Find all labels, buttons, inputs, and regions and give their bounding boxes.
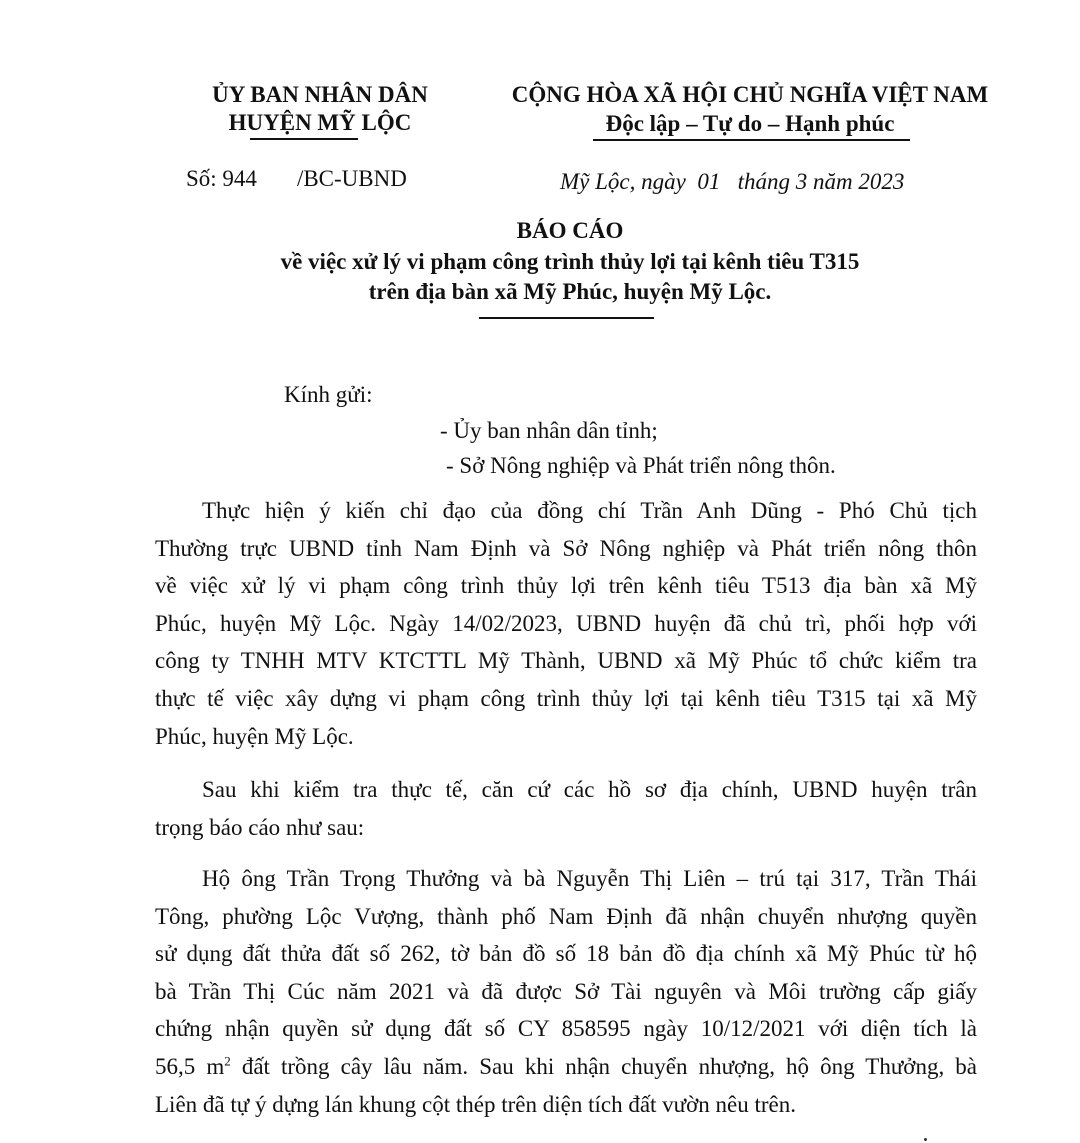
- body-paragraph-2: Sau khi kiểm tra thực tế, căn cứ các hồ …: [155, 771, 977, 846]
- text-line: 56,5 m2 đất trồng cây lâu năm. Sau khi n…: [155, 1048, 977, 1086]
- text-line: công ty TNHH MTV KTCTTL Mỹ Thành, UBND x…: [155, 642, 977, 680]
- recipient-item: - Sở Nông nghiệp và Phát triển nông thôn…: [446, 453, 836, 479]
- place-date: Mỹ Lộc, ngày 01 tháng 3 năm 2023: [560, 169, 904, 195]
- text-line: chứng nhận quyền sử dụng đất số CY 85859…: [155, 1010, 977, 1048]
- report-title: BÁO CÁO: [0, 218, 1080, 244]
- document-number-suffix: /BC-UBND: [297, 166, 407, 191]
- text-line: sử dụng đất thửa đất số 262, tờ bản đồ s…: [155, 935, 977, 973]
- recipient-item: - Ủy ban nhân dân tỉnh;: [440, 418, 658, 444]
- document-number-label: Số: 944: [186, 166, 257, 191]
- national-motto: Độc lập – Tự do – Hạnh phúc: [490, 111, 1010, 137]
- text-line: thực tế việc xây dựng vi phạm công trình…: [155, 680, 977, 718]
- report-subject-line-1: về việc xử lý vi phạm công trình thủy lợ…: [0, 249, 1080, 275]
- title-separator: [479, 317, 654, 319]
- text-line: Tông, phường Lộc Vượng, thành phố Nam Đị…: [155, 898, 977, 936]
- text-line: Liên đã tự ý dựng lán khung cột thép trê…: [155, 1086, 977, 1124]
- agency-underline: [250, 138, 358, 140]
- agency-district: HUYỆN MỸ LỘC: [160, 110, 480, 136]
- text-line: bà Trần Thị Cúc năm 2021 và đã được Sở T…: [155, 973, 977, 1011]
- text-line: Phúc, huyện Mỹ Lộc. Ngày 14/02/2023, UBN…: [155, 605, 977, 643]
- recipients-label: Kính gửi:: [284, 382, 373, 408]
- body-paragraph-1: Thực hiện ý kiến chỉ đạo của đồng chí Tr…: [155, 492, 977, 755]
- report-subject-line-2: trên địa bàn xã Mỹ Phúc, huyện Mỹ Lộc.: [0, 279, 1080, 305]
- agency-name: ỦY BAN NHÂN DÂN: [160, 82, 480, 108]
- area-value: 56,5 m: [155, 1054, 224, 1079]
- national-title: CỘNG HÒA XÃ HỘI CHỦ NGHĨA VIỆT NAM: [490, 82, 1010, 108]
- text-line: Sau khi kiểm tra thực tế, căn cứ các hồ …: [155, 771, 977, 809]
- text-line: Thường trực UBND tỉnh Nam Định và Sở Nôn…: [155, 530, 977, 568]
- text-line: về việc xử lý vi phạm công trình thủy lợ…: [155, 567, 977, 605]
- page-mark: [924, 1138, 927, 1141]
- text-line: Thực hiện ý kiến chỉ đạo của đồng chí Tr…: [155, 492, 977, 530]
- document-number: Số: 944/BC-UBND: [186, 166, 407, 192]
- motto-underline: [593, 139, 910, 141]
- text-line: trọng báo cáo như sau:: [155, 809, 977, 847]
- text-line: Phúc, huyện Mỹ Lộc.: [155, 718, 977, 756]
- text-line: Hộ ông Trần Trọng Thưởng và bà Nguyễn Th…: [155, 860, 977, 898]
- body-paragraph-3: Hộ ông Trần Trọng Thưởng và bà Nguyễn Th…: [155, 860, 977, 1123]
